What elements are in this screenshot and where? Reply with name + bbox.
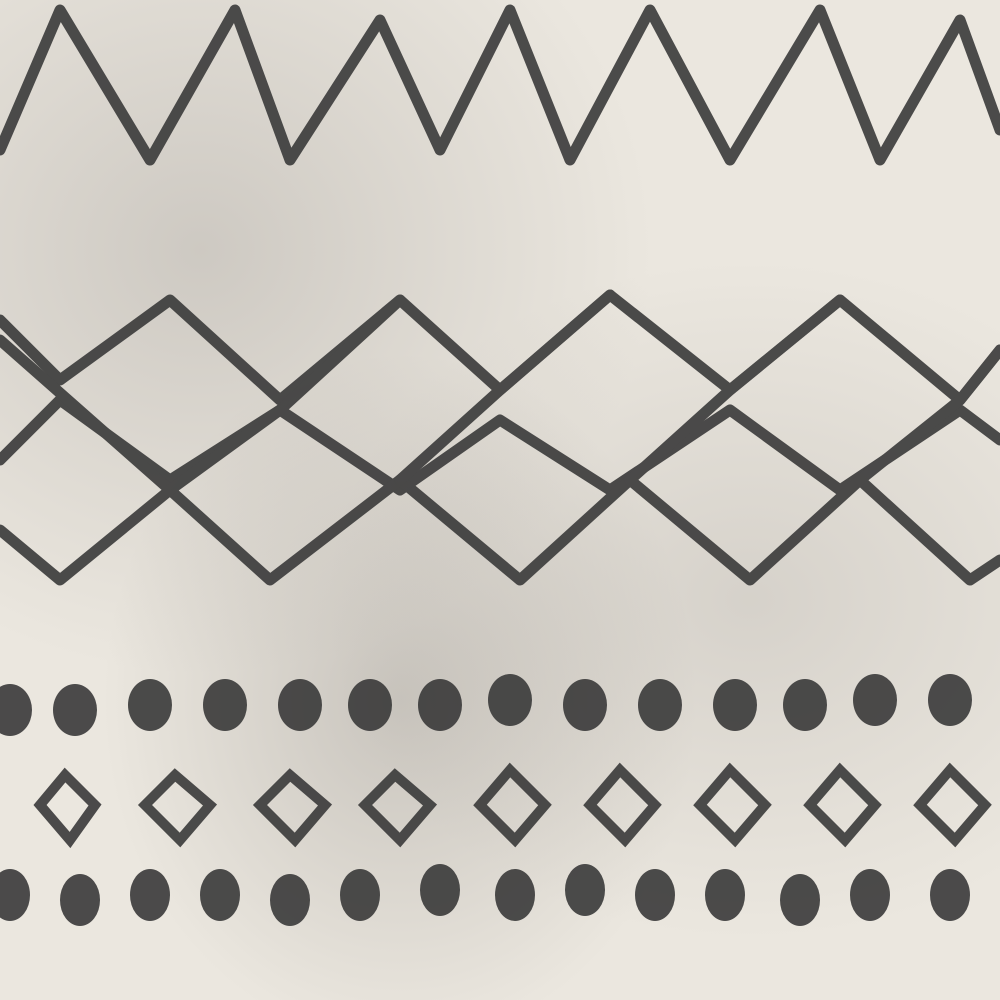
rug-pattern [0, 0, 1000, 1000]
lattice-lower [0, 300, 400, 580]
dot-row-bottom [0, 864, 970, 926]
dot-row-top [0, 674, 972, 736]
lattice-lower3 [630, 300, 840, 480]
small-diamond-row [40, 770, 985, 840]
zigzag-line [0, 10, 1000, 160]
rug-photo [0, 0, 1000, 1000]
